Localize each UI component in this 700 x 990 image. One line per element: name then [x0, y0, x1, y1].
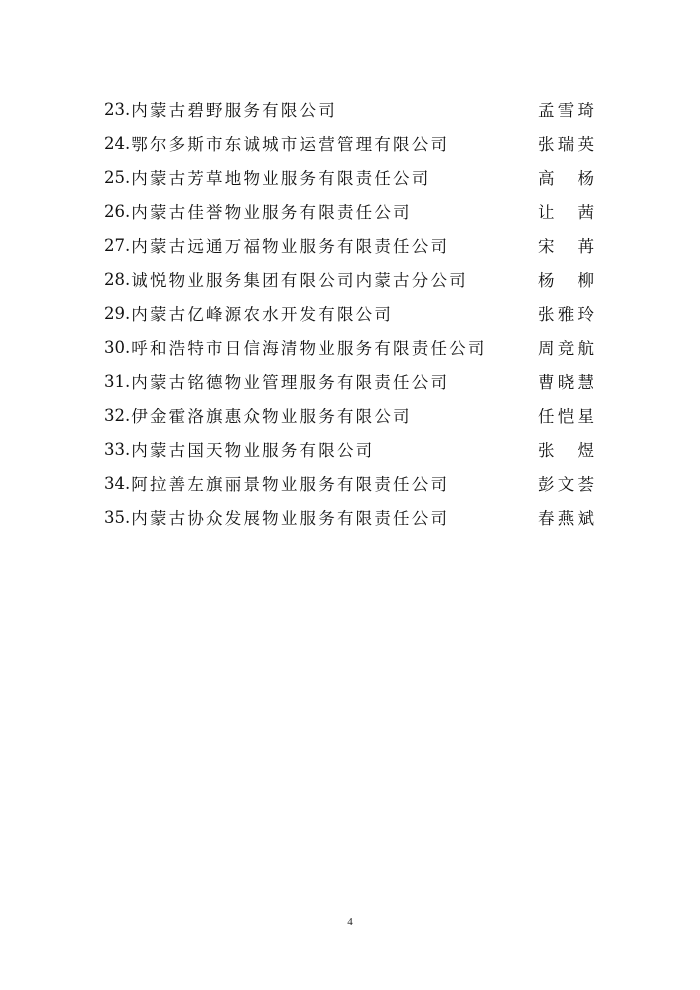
person-name: 张 雅 玲 — [538, 301, 594, 325]
name-char: 竞 — [558, 335, 575, 359]
entry-number: 31. — [104, 372, 130, 391]
name-char: 杨 — [538, 267, 555, 291]
list-item: 33. 内蒙古国天物业服务有限公司 张 煜 — [104, 432, 594, 466]
company-entry: 30. 呼和浩特市日信海清物业服务有限责任公司 — [104, 335, 487, 359]
person-name: 孟 雪 琦 — [538, 97, 594, 121]
list-item: 31. 内蒙古铭德物业管理服务有限责任公司 曹 晓 慧 — [104, 364, 594, 398]
name-char: 张 — [538, 131, 555, 155]
company-name: 伊金霍洛旗惠众物业服务有限公司 — [131, 403, 412, 427]
entry-number: 32. — [104, 406, 130, 425]
name-char: 雪 — [558, 97, 575, 121]
name-char: 高 — [538, 165, 555, 189]
company-entry: 35. 内蒙古协众发展物业服务有限责任公司 — [104, 505, 449, 529]
name-char: 苒 — [578, 233, 595, 257]
person-name: 任 恺 星 — [538, 403, 594, 427]
entry-number: 30. — [104, 338, 130, 357]
name-char: 曹 — [538, 369, 555, 393]
name-char: 茜 — [578, 199, 595, 223]
name-char: 柳 — [578, 267, 595, 291]
company-name: 内蒙古铭德物业管理服务有限责任公司 — [131, 369, 449, 393]
entry-number: 33. — [104, 440, 130, 459]
company-entry: 33. 内蒙古国天物业服务有限公司 — [104, 437, 374, 461]
person-name: 让 茜 — [538, 199, 594, 223]
person-name: 张 瑞 英 — [538, 131, 594, 155]
name-char: 慧 — [578, 369, 595, 393]
company-entry: 34. 阿拉善左旗丽景物业服务有限责任公司 — [104, 471, 449, 495]
name-char: 玲 — [578, 301, 595, 325]
name-char: 孟 — [538, 97, 555, 121]
person-name: 高 杨 — [538, 165, 594, 189]
entry-number: 24. — [104, 134, 130, 153]
company-entry: 24. 鄂尔多斯市东诚城市运营管理有限公司 — [104, 131, 449, 155]
person-name: 曹 晓 慧 — [538, 369, 594, 393]
company-name: 阿拉善左旗丽景物业服务有限责任公司 — [131, 471, 449, 495]
entry-number: 25. — [104, 168, 130, 187]
company-name: 内蒙古佳誉物业服务有限责任公司 — [131, 199, 412, 223]
name-char: 燕 — [558, 505, 575, 529]
document-page: 23. 内蒙古碧野服务有限公司 孟 雪 琦 24. 鄂尔多斯市东诚城市运营管理有… — [0, 0, 700, 990]
list-item: 30. 呼和浩特市日信海清物业服务有限责任公司 周 竞 航 — [104, 330, 594, 364]
name-char: 英 — [578, 131, 595, 155]
name-char: 张 — [538, 301, 555, 325]
company-entry: 29. 内蒙古亿峰源农水开发有限公司 — [104, 301, 393, 325]
list-item: 25. 内蒙古芳草地物业服务有限责任公司 高 杨 — [104, 160, 594, 194]
company-entry: 26. 内蒙古佳誉物业服务有限责任公司 — [104, 199, 412, 223]
name-char: 春 — [538, 505, 555, 529]
name-char: 晓 — [558, 369, 575, 393]
name-char: 彭 — [538, 471, 555, 495]
name-char: 周 — [538, 335, 555, 359]
company-name: 内蒙古远通万福物业服务有限责任公司 — [131, 233, 449, 257]
entry-number: 29. — [104, 304, 130, 323]
list-item: 29. 内蒙古亿峰源农水开发有限公司 张 雅 玲 — [104, 296, 594, 330]
list-item: 27. 内蒙古远通万福物业服务有限责任公司 宋 苒 — [104, 228, 594, 262]
company-entry: 27. 内蒙古远通万福物业服务有限责任公司 — [104, 233, 449, 257]
company-name: 内蒙古亿峰源农水开发有限公司 — [131, 301, 393, 325]
company-entry: 31. 内蒙古铭德物业管理服务有限责任公司 — [104, 369, 449, 393]
list-item: 34. 阿拉善左旗丽景物业服务有限责任公司 彭 文 荟 — [104, 466, 594, 500]
person-name: 周 竞 航 — [538, 335, 594, 359]
name-char: 煜 — [578, 437, 595, 461]
company-entry: 28. 诚悦物业服务集团有限公司内蒙古分公司 — [104, 267, 468, 291]
company-name: 内蒙古碧野服务有限公司 — [131, 97, 337, 121]
company-name: 呼和浩特市日信海清物业服务有限责任公司 — [131, 335, 486, 359]
list-item: 24. 鄂尔多斯市东诚城市运营管理有限公司 张 瑞 英 — [104, 126, 594, 160]
name-char: 文 — [558, 471, 575, 495]
name-char: 宋 — [538, 233, 555, 257]
entry-number: 26. — [104, 202, 130, 221]
name-char: 琦 — [578, 97, 595, 121]
name-char: 雅 — [558, 301, 575, 325]
list-item: 35. 内蒙古协众发展物业服务有限责任公司 春 燕 斌 — [104, 500, 594, 534]
name-char: 恺 — [558, 403, 575, 427]
company-entry: 25. 内蒙古芳草地物业服务有限责任公司 — [104, 165, 430, 189]
page-number: 4 — [0, 916, 700, 928]
entry-number: 27. — [104, 236, 130, 255]
company-name: 内蒙古芳草地物业服务有限责任公司 — [131, 165, 430, 189]
list-item: 26. 内蒙古佳誉物业服务有限责任公司 让 茜 — [104, 194, 594, 228]
name-char: 斌 — [578, 505, 595, 529]
award-list: 23. 内蒙古碧野服务有限公司 孟 雪 琦 24. 鄂尔多斯市东诚城市运营管理有… — [104, 92, 594, 534]
person-name: 春 燕 斌 — [538, 505, 594, 529]
entry-number: 34. — [104, 474, 130, 493]
entry-number: 35. — [104, 508, 130, 527]
name-char: 让 — [538, 199, 555, 223]
name-char: 杨 — [578, 165, 595, 189]
name-char: 瑞 — [558, 131, 575, 155]
company-name: 内蒙古协众发展物业服务有限责任公司 — [131, 505, 449, 529]
company-entry: 32. 伊金霍洛旗惠众物业服务有限公司 — [104, 403, 412, 427]
list-item: 32. 伊金霍洛旗惠众物业服务有限公司 任 恺 星 — [104, 398, 594, 432]
name-char: 张 — [538, 437, 555, 461]
company-name: 鄂尔多斯市东诚城市运营管理有限公司 — [131, 131, 449, 155]
name-char: 航 — [578, 335, 595, 359]
name-char: 任 — [538, 403, 555, 427]
company-name: 内蒙古国天物业服务有限公司 — [131, 437, 374, 461]
company-entry: 23. 内蒙古碧野服务有限公司 — [104, 97, 337, 121]
person-name: 彭 文 荟 — [538, 471, 594, 495]
person-name: 杨 柳 — [538, 267, 594, 291]
person-name: 张 煜 — [538, 437, 594, 461]
person-name: 宋 苒 — [538, 233, 594, 257]
entry-number: 23. — [104, 100, 130, 119]
name-char: 荟 — [578, 471, 595, 495]
entry-number: 28. — [104, 270, 130, 289]
name-char: 星 — [578, 403, 595, 427]
list-item: 23. 内蒙古碧野服务有限公司 孟 雪 琦 — [104, 92, 594, 126]
company-name: 诚悦物业服务集团有限公司内蒙古分公司 — [131, 267, 468, 291]
list-item: 28. 诚悦物业服务集团有限公司内蒙古分公司 杨 柳 — [104, 262, 594, 296]
